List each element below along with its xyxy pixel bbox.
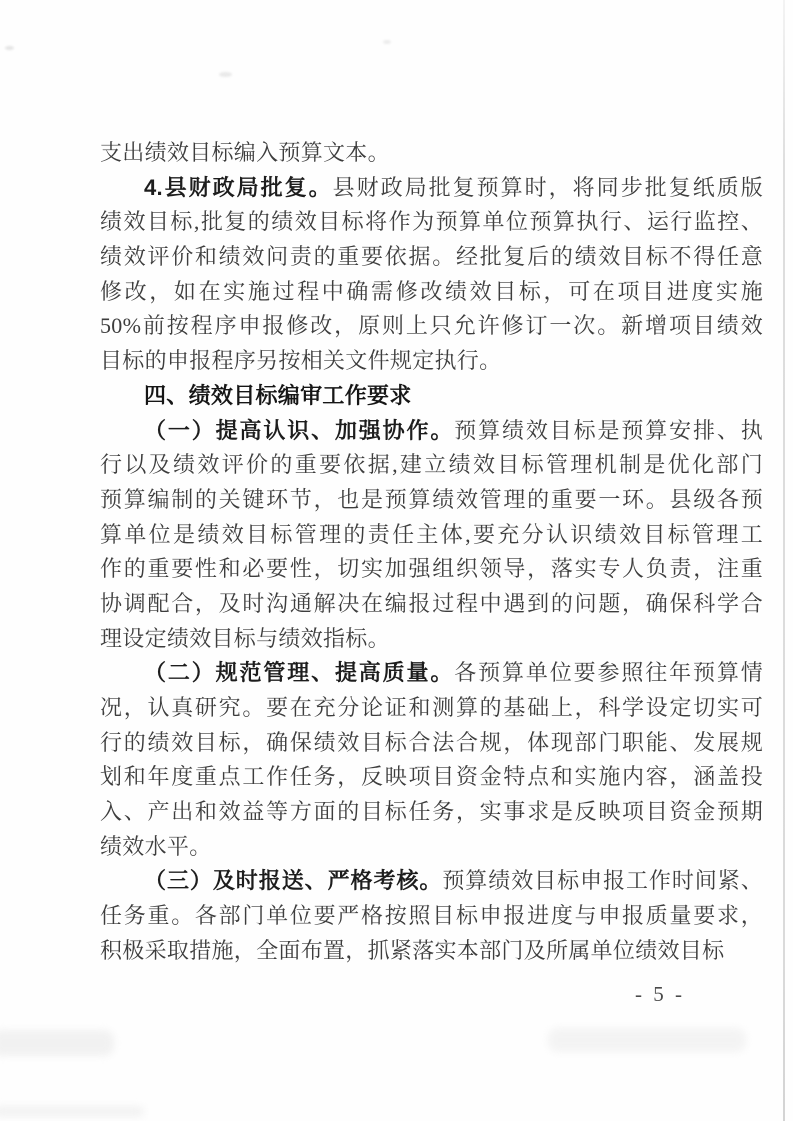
- body-text: 绩效评价和绩效问责的重要依据。经批复后的绩效目标不得任意: [100, 244, 763, 269]
- text-line: 行的绩效目标，确保绩效目标合法合规，体现部门职能、发展规: [100, 726, 763, 761]
- body-text: 算单位是绩效目标管理的责任主体,要充分认识绩效目标管理工: [100, 522, 763, 547]
- document-body: 支出绩效目标编入预算文本。4.县财政局批复。县财政局批复预算时，将同步批复纸质版…: [100, 136, 763, 969]
- body-text: 各预算单位要参照往年预算情: [454, 660, 763, 685]
- text-line: 理设定绩效目标与绩效指标。: [100, 622, 763, 657]
- scan-edge-line: [783, 0, 785, 1121]
- heading-text: 四、绩效目标编审工作要求: [144, 383, 412, 408]
- body-text: 修改，如在实施过程中确需修改绩效目标，可在项目进度实施: [100, 279, 763, 304]
- body-text: 预算绩效目标申报工作时间紧、: [442, 868, 763, 893]
- body-text: 绩效目标,批复的绩效目标将作为预算单位预算执行、运行监控、: [100, 209, 763, 234]
- text-line: （二）规范管理、提高质量。各预算单位要参照往年预算情: [100, 656, 763, 691]
- document-page: 支出绩效目标编入预算文本。4.县财政局批复。县财政局批复预算时，将同步批复纸质版…: [0, 0, 793, 1121]
- body-text: 理设定绩效目标与绩效指标。: [100, 626, 390, 651]
- body-text: 作的重要性和必要性，切实加强组织领导，落实专人负责，注重: [100, 556, 763, 581]
- text-line: 目标的申报程序另按相关文件规定执行。: [100, 344, 763, 379]
- body-text: 县财政局批复预算时，将同步批复纸质版: [333, 175, 763, 200]
- text-line: 算单位是绩效目标管理的责任主体,要充分认识绩效目标管理工: [100, 518, 763, 553]
- scan-speck: [219, 72, 232, 77]
- text-line: 协调配合，及时沟通解决在编报过程中遇到的问题，确保科学合: [100, 587, 763, 622]
- body-text: 划和年度重点工作任务，反映项目资金特点和实施内容，涵盖投: [100, 764, 763, 789]
- text-line: 划和年度重点工作任务，反映项目资金特点和实施内容，涵盖投: [100, 760, 763, 795]
- body-text: 积极采取措施，全面布置，抓紧落实本部门及所属单位绩效目标: [100, 938, 724, 963]
- body-text: 支出绩效目标编入预算文本。: [100, 140, 390, 165]
- body-text: 绩效水平。: [100, 834, 212, 859]
- scan-ghosting-smudge: [0, 1030, 114, 1056]
- scan-ghosting-smudge: [0, 1106, 144, 1117]
- body-text: 入、产出和效益等方面的目标任务，实事求是反映项目资金预期: [100, 799, 763, 824]
- text-line: （三）及时报送、严格考核。预算绩效目标申报工作时间紧、: [100, 864, 763, 899]
- body-text: 50%前按程序申报修改，原则上只允许修订一次。新增项目绩效: [100, 313, 763, 338]
- bold-lead-text: （三）及时报送、严格考核。: [144, 868, 442, 893]
- text-line: 修改，如在实施过程中确需修改绩效目标，可在项目进度实施: [100, 275, 763, 310]
- text-line: 入、产出和效益等方面的目标任务，实事求是反映项目资金预期: [100, 795, 763, 830]
- text-line: 积极采取措施，全面布置，抓紧落实本部门及所属单位绩效目标: [100, 934, 763, 969]
- body-text: 况，认真研究。要在充分论证和测算的基础上，科学设定切实可: [100, 695, 763, 720]
- text-line: 绩效水平。: [100, 830, 763, 865]
- body-text: 预算绩效目标是预算安排、执: [454, 418, 763, 443]
- bold-lead-text: 4.县财政局批复。: [144, 175, 333, 200]
- body-text: 协调配合，及时沟通解决在编报过程中遇到的问题，确保科学合: [100, 591, 763, 616]
- scan-speck: [383, 40, 391, 44]
- body-text: 行的绩效目标，确保绩效目标合法合规，体现部门职能、发展规: [100, 730, 763, 755]
- body-text: 目标的申报程序另按相关文件规定执行。: [100, 348, 501, 373]
- text-line: 预算编制的关键环节，也是预算绩效管理的重要一环。县级各预: [100, 483, 763, 518]
- body-text: 任务重。各部门单位要严格按照目标申报进度与申报质量要求，: [100, 903, 763, 928]
- text-line: 绩效目标,批复的绩效目标将作为预算单位预算执行、运行监控、: [100, 205, 763, 240]
- bold-lead-text: （一）提高认识、加强协作。: [144, 418, 454, 443]
- bold-lead-text: （二）规范管理、提高质量。: [144, 660, 454, 685]
- body-text: 行以及绩效评价的重要依据,建立绩效目标管理机制是优化部门: [100, 452, 763, 477]
- page-number: - 5 -: [594, 982, 726, 1007]
- text-line: 任务重。各部门单位要严格按照目标申报进度与申报质量要求，: [100, 899, 763, 934]
- body-text: 预算编制的关键环节，也是预算绩效管理的重要一环。县级各预: [100, 487, 763, 512]
- text-line: 4.县财政局批复。县财政局批复预算时，将同步批复纸质版: [100, 171, 763, 206]
- section-heading: 四、绩效目标编审工作要求: [100, 379, 763, 414]
- text-line: 况，认真研究。要在充分论证和测算的基础上，科学设定切实可: [100, 691, 763, 726]
- text-line: 绩效评价和绩效问责的重要依据。经批复后的绩效目标不得任意: [100, 240, 763, 275]
- text-line: 作的重要性和必要性，切实加强组织领导，落实专人负责，注重: [100, 552, 763, 587]
- scan-speck: [5, 46, 14, 50]
- text-line: （一）提高认识、加强协作。预算绩效目标是预算安排、执: [100, 414, 763, 449]
- text-line: 行以及绩效评价的重要依据,建立绩效目标管理机制是优化部门: [100, 448, 763, 483]
- text-line: 支出绩效目标编入预算文本。: [100, 136, 763, 171]
- text-line: 50%前按程序申报修改，原则上只允许修订一次。新增项目绩效: [100, 309, 763, 344]
- scan-ghosting-smudge: [548, 1028, 746, 1052]
